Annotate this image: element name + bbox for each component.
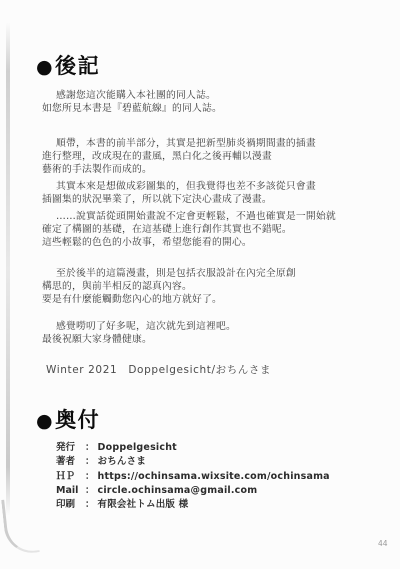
afterword-paragraph: 順帶，本書的前半部分，其實是把新型肺炎禍期間畫的插畫 進行整理，改成現在的畫風，…	[42, 137, 362, 176]
text-line: 插圖集的狀況畢業了，所以就下定決心畫成了漫畫。	[42, 193, 362, 206]
afterword-paragraph: 至於後半的這篇漫畫，則是包括衣服設計在內完全原創 構思的，與前半相反的認真內容。…	[42, 267, 362, 306]
text-line: 進行整理，改成現在的畫風，黑白化之後再輔以漫畫	[42, 150, 362, 163]
colophon-separator: ：	[85, 470, 95, 484]
colophon-heading: ●奥付	[36, 404, 100, 434]
bullet-icon: ●	[36, 56, 54, 78]
colophon-row-author: 著者 ： おちんさま	[56, 455, 330, 469]
text-line: ……說實話從頭開始畫說不定會更輕鬆，不過也確實是一開始就	[42, 210, 362, 223]
afterword-paragraph: 感謝您這次能購入本社團的同人誌。 如您所見本書是『碧藍航線』的同人誌。	[42, 89, 362, 115]
colophon-value: 有限会社トム出版 様	[98, 498, 189, 512]
colophon-row-printer: 印刷 ： 有限会社トム出版 様	[56, 498, 330, 512]
colophon-separator: ：	[85, 455, 95, 469]
text-line: 如您所見本書是『碧藍航線』的同人誌。	[42, 102, 362, 115]
colophon-row-homepage: ＨＰ ： https://ochinsama.wixsite.com/ochin…	[56, 470, 330, 484]
colophon-label: 発行	[56, 441, 84, 455]
colophon-separator: ：	[85, 484, 95, 498]
afterword-heading-text: 後記	[55, 54, 100, 78]
afterword-paragraph: 其實本來是想做成彩圖集的，但我覺得也差不多該從只會畫 插圖集的狀況畢業了，所以就…	[42, 180, 362, 206]
text-line: 藝術的手法製作而成的。	[42, 163, 362, 176]
colophon-value: おちんさま	[98, 455, 147, 469]
text-line: 順帶，本書的前半部分，其實是把新型肺炎禍期間畫的插畫	[42, 137, 362, 150]
colophon-mail-address: circle.ochinsama@gmail.com	[98, 484, 258, 498]
afterword-paragraph: 感覺嘮叨了好多呢，這次就先到這裡吧。 最後祝願大家身體健康。	[42, 320, 362, 346]
scanned-afterword-page: ●後記 感謝您這次能購入本社團的同人誌。 如您所見本書是『碧藍航線』的同人誌。 …	[0, 0, 400, 569]
text-line: 感謝您這次能購入本社團的同人誌。	[42, 89, 362, 102]
scan-shadow-left	[6, 22, 10, 516]
text-line: 這些輕鬆的色色的小故事，希望您能看的開心。	[42, 236, 362, 249]
colophon-heading-text: 奥付	[55, 408, 100, 432]
colophon-separator: ：	[85, 498, 95, 512]
text-line: 構思的，與前半相反的認真內容。	[42, 280, 362, 293]
text-line: 要是有什麼能觸動您內心的地方就好了。	[42, 293, 362, 306]
colophon-label: Mail	[56, 484, 84, 498]
afterword-signature: Winter 2021 Doppelgesicht/おちんさま	[46, 362, 271, 377]
colophon-row-publisher: 発行 ： Doppelgesicht	[56, 441, 330, 455]
page-number: 44	[378, 539, 388, 548]
text-line: 其實本來是想做成彩圖集的，但我覺得也差不多該從只會畫	[42, 180, 362, 193]
colophon-label: 著者	[56, 455, 84, 469]
colophon-separator: ：	[85, 441, 95, 455]
scan-shadow-bottom-left-corner	[1, 496, 40, 555]
text-line: 最後祝願大家身體健康。	[42, 333, 362, 346]
colophon-value: Doppelgesicht	[98, 441, 177, 455]
bullet-icon: ●	[36, 410, 54, 432]
colophon-list: 発行 ： Doppelgesicht 著者 ： おちんさま ＨＰ ： https…	[56, 441, 330, 512]
afterword-heading: ●後記	[36, 50, 100, 80]
colophon-homepage-url: https://ochinsama.wixsite.com/ochinsama	[98, 470, 330, 484]
colophon-row-mail: Mail ： circle.ochinsama@gmail.com	[56, 484, 330, 498]
text-line: 至於後半的這篇漫畫，則是包括衣服設計在內完全原創	[42, 267, 362, 280]
text-line: 感覺嘮叨了好多呢，這次就先到這裡吧。	[42, 320, 362, 333]
afterword-paragraph: ……說實話從頭開始畫說不定會更輕鬆，不過也確實是一開始就 確定了構圖的基礎，在這…	[42, 210, 362, 249]
text-line: 確定了構圖的基礎，在這基礎上進行創作其實也不錯呢。	[42, 223, 362, 236]
colophon-label: ＨＰ	[56, 470, 84, 484]
colophon-label: 印刷	[56, 498, 84, 512]
